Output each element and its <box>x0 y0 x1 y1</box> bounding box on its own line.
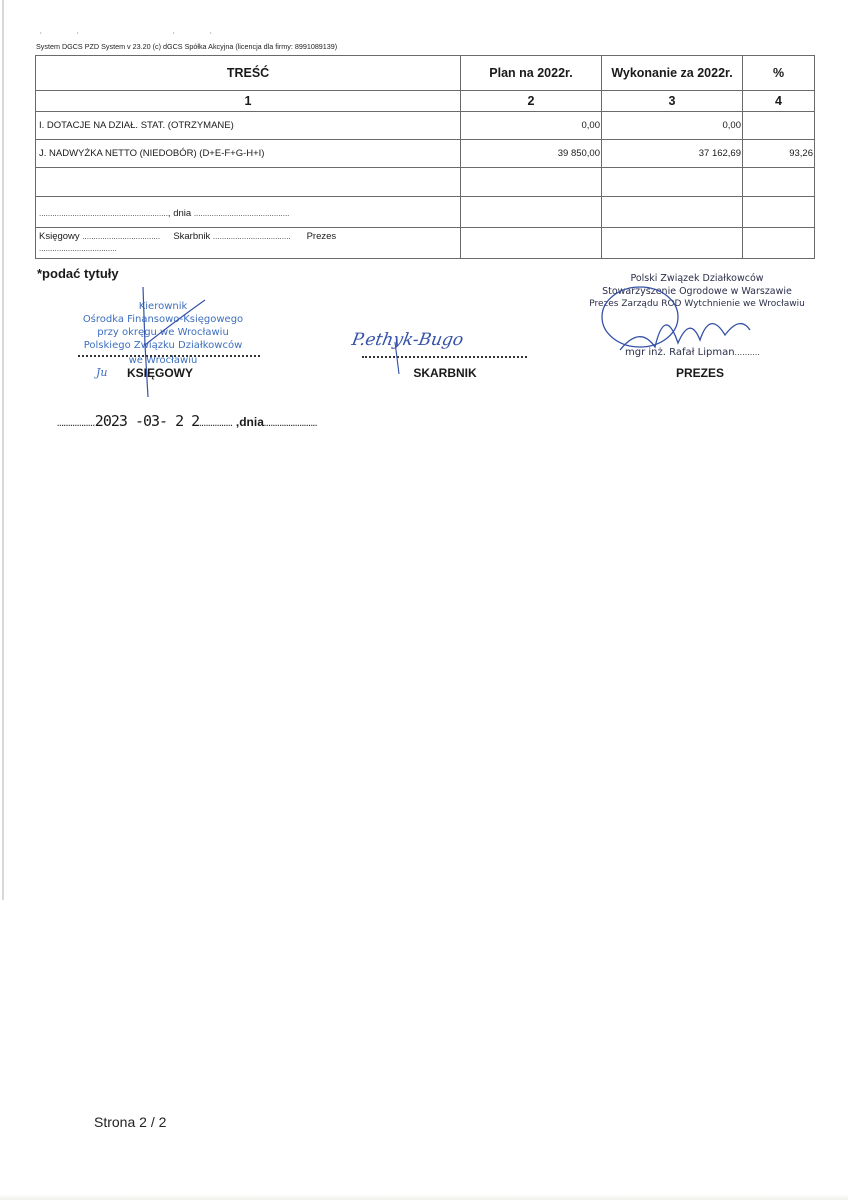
column-number: 2 <box>461 91 602 112</box>
column-number: 3 <box>602 91 743 112</box>
row-plan: 0,00 <box>461 112 602 140</box>
column-number: 4 <box>743 91 815 112</box>
row-wykonanie: 0,00 <box>602 112 743 140</box>
ksiegowy-dots: ................................... <box>82 232 160 241</box>
date-line: .................2023 -03- 2 2..........… <box>57 412 317 430</box>
prezes-role: PREZES <box>650 366 750 380</box>
column-number: 1 <box>36 91 461 112</box>
place-dots: ........................................… <box>39 209 168 218</box>
prezes-name-line: mgr inż. Rafał Lipman.......... <box>625 347 760 358</box>
skarbnik-label: Skarbnik <box>173 231 210 242</box>
scan-speck: • <box>77 30 78 35</box>
row-percent <box>743 112 815 140</box>
scan-speck: • <box>210 30 211 35</box>
dnia-label: ,dnia <box>236 415 264 429</box>
ksiegowy-stamp-initial: Ju <box>96 366 108 379</box>
column-header-percent: % <box>743 56 815 91</box>
table-row: I. DOTACJE NA DZIAŁ. STAT. (OTRZYMANE) 0… <box>36 112 815 140</box>
row-wykonanie: 37 162,69 <box>602 140 743 168</box>
column-number-row: 1 2 3 4 <box>36 91 815 112</box>
scan-speck: • <box>40 30 41 35</box>
signatures-row: Księgowy ...............................… <box>36 228 815 259</box>
column-header-plan: Plan na 2022r. <box>461 56 602 91</box>
row-percent: 93,26 <box>743 140 815 168</box>
date-dots: ........................................… <box>194 209 290 218</box>
dnia-label: , dnia <box>168 208 191 219</box>
table-header-row: TREŚĆ Plan na 2022r. Wykonanie za 2022r.… <box>36 56 815 91</box>
scan-bottom-edge <box>0 1194 848 1200</box>
skarbnik-dots: ................................... <box>213 232 291 241</box>
signatures-cell: Księgowy ...............................… <box>36 228 461 259</box>
row-plan: 39 850,00 <box>461 140 602 168</box>
place-date-row: ........................................… <box>36 197 815 228</box>
system-license-line: System DGCS PZD System v 23.20 (c) dGCS … <box>36 42 337 51</box>
column-header-wykonanie: Wykonanie za 2022r. <box>602 56 743 91</box>
stamped-date: 2023 -03- 2 2 <box>95 412 199 430</box>
row-label: I. DOTACJE NA DZIAŁ. STAT. (OTRZYMANE) <box>36 112 461 140</box>
table-row-empty <box>36 168 815 197</box>
scan-edge <box>2 0 4 900</box>
column-header-tresc: TREŚĆ <box>36 56 461 91</box>
ksiegowy-signature-scribble <box>110 285 240 405</box>
prezes-dots: ................................... <box>39 244 117 253</box>
skarbnik-signature-line <box>362 356 527 358</box>
page-number: Strona 2 / 2 <box>94 1114 166 1130</box>
prezes-label: Prezes <box>307 231 337 242</box>
ksiegowy-label: Księgowy <box>39 231 80 242</box>
table-row: J. NADWYŻKA NETTO (NIEDOBÓR) (D+E-F+G-H+… <box>36 140 815 168</box>
scan-speck: • <box>173 30 174 35</box>
skarbnik-signature-tail <box>390 340 410 380</box>
place-date-cell: ........................................… <box>36 197 461 228</box>
footnote: *podać tytuły <box>37 266 119 281</box>
row-label: J. NADWYŻKA NETTO (NIEDOBÓR) (D+E-F+G-H+… <box>36 140 461 168</box>
financial-table: TREŚĆ Plan na 2022r. Wykonanie za 2022r.… <box>35 55 815 259</box>
